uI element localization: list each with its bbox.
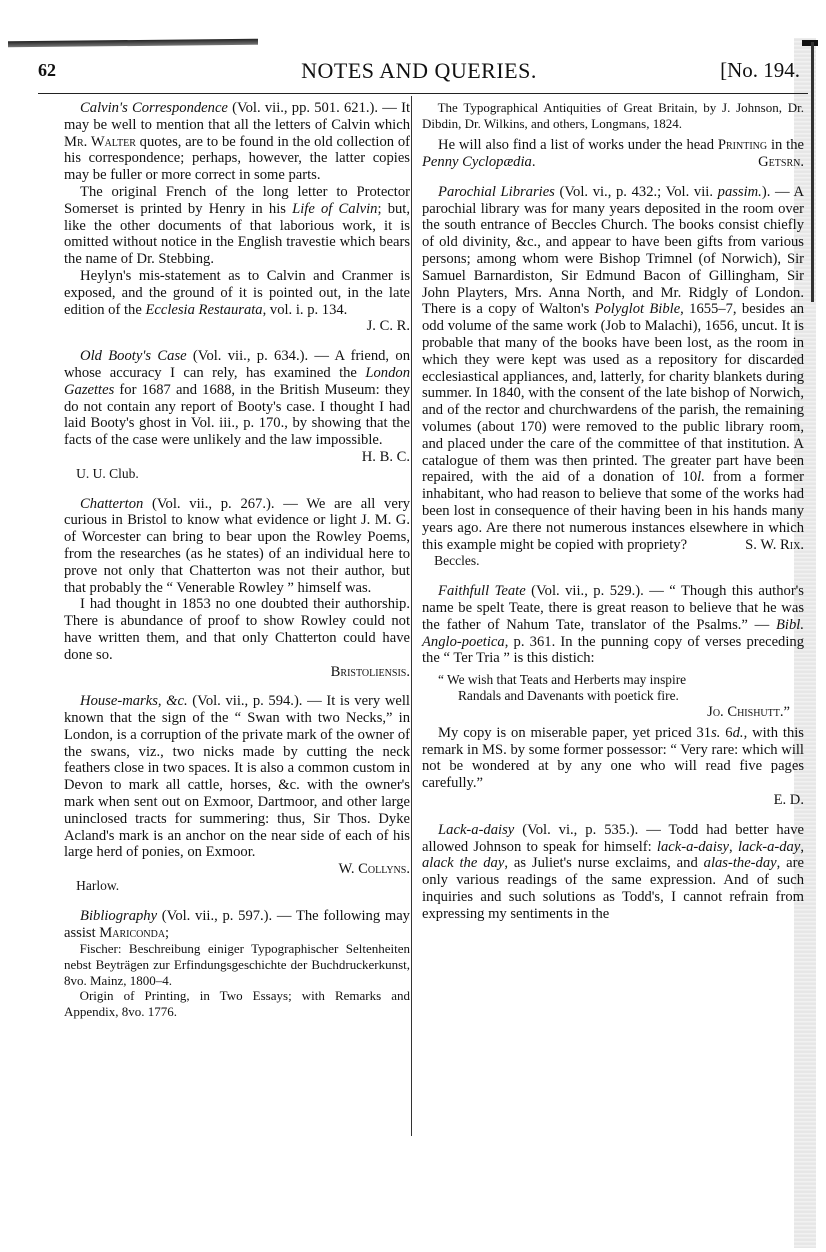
paragraph: Heylyn's mis-statement as to Calvin and …	[64, 268, 410, 318]
article-parochial-libraries: Parochial Libraries (Vol. vi., p. 432.; …	[422, 184, 804, 570]
verse-line: “ We wish that Teats and Herberts may in…	[422, 672, 804, 688]
paragraph: Bibliography (Vol. vii., p. 597.). — The…	[64, 908, 410, 942]
paragraph: Old Booty's Case (Vol. vii., p. 634.). —…	[64, 348, 410, 449]
signature: W. Collyns.	[64, 861, 410, 878]
article-title: Faithfull Teate	[438, 583, 526, 599]
signature: J. C. R.	[64, 318, 410, 335]
article-calvin-correspondence: Calvin's Correspondence (Vol. vii., pp. …	[64, 100, 410, 335]
paragraph: Parochial Libraries (Vol. vi., p. 432.; …	[422, 184, 804, 554]
article-bibliography: Bibliography (Vol. vii., p. 597.). — The…	[64, 908, 410, 1020]
signature: H. B. C.	[64, 449, 410, 466]
article-chatterton: Chatterton (Vol. vii., p. 267.). — We ar…	[64, 496, 410, 681]
header-rule	[38, 93, 808, 94]
article-title: Calvin's Correspondence	[80, 100, 228, 116]
author-name: Mr. Walter	[64, 134, 136, 150]
verse-line: Randals and Davenants with poetick fire.	[422, 688, 804, 704]
article-title: Old Booty's Case	[80, 348, 187, 364]
paragraph: Faithfull Teate (Vol. vii., p. 529.). — …	[422, 583, 804, 667]
scan-edge-bar	[811, 42, 814, 302]
paragraph: The original French of the long letter t…	[64, 184, 410, 268]
bibliography-item: The Typographical Antiquities of Great B…	[422, 100, 804, 131]
article-title: Chatterton	[80, 496, 143, 512]
scan-top-rule	[8, 39, 258, 48]
paragraph: He will also find a list of works under …	[422, 137, 804, 171]
scan-edge-cap	[802, 40, 818, 46]
place-line: Harlow.	[64, 878, 410, 895]
author-name: Mariconda	[99, 925, 165, 941]
article-house-marks: House-marks, &c. (Vol. vii., p. 594.). —…	[64, 693, 410, 895]
paragraph: Lack-a-daisy (Vol. vi., p. 535.). — Todd…	[422, 822, 804, 923]
right-column: The Typographical Antiquities of Great B…	[422, 100, 804, 923]
page-header: 62 NOTES AND QUERIES. [No. 194.	[38, 58, 800, 88]
article-title: House-marks, &c.	[80, 693, 188, 709]
signature: E. D.	[422, 792, 804, 809]
issue-number: [No. 194.	[720, 58, 800, 83]
article-bibliography-continued: The Typographical Antiquities of Great B…	[422, 100, 804, 171]
signature: Getsrn.	[742, 154, 804, 171]
article-title: Lack-a-daisy	[438, 822, 514, 838]
paragraph: My copy is on miserable paper, yet price…	[422, 725, 804, 792]
article-old-bootys-case: Old Booty's Case (Vol. vii., p. 634.). —…	[64, 348, 410, 482]
bibliography-item: Origin of Printing, in Two Essays; with …	[64, 988, 410, 1019]
signature: Bristoliensis.	[64, 664, 410, 681]
paragraph: House-marks, &c. (Vol. vii., p. 594.). —…	[64, 693, 410, 861]
article-title: Parochial Libraries	[438, 184, 555, 200]
article-title: Bibliography	[80, 908, 157, 924]
running-title: NOTES AND QUERIES.	[38, 58, 800, 84]
paragraph: Chatterton (Vol. vii., p. 267.). — We ar…	[64, 496, 410, 597]
verse-signature: Jo. Chishutt.”	[422, 704, 804, 721]
paragraph: I had thought in 1853 no one doubted the…	[64, 596, 410, 663]
column-divider	[411, 96, 412, 1136]
place-line: Beccles.	[422, 553, 804, 570]
article-faithfull-teate: Faithfull Teate (Vol. vii., p. 529.). — …	[422, 583, 804, 809]
article-lack-a-daisy: Lack-a-daisy (Vol. vi., p. 535.). — Todd…	[422, 822, 804, 923]
place-line: U. U. Club.	[64, 466, 410, 483]
left-column: Calvin's Correspondence (Vol. vii., pp. …	[64, 100, 410, 1019]
bibliography-item: Fischer: Beschreibung einiger Typographi…	[64, 941, 410, 988]
paragraph: Calvin's Correspondence (Vol. vii., pp. …	[64, 100, 410, 184]
